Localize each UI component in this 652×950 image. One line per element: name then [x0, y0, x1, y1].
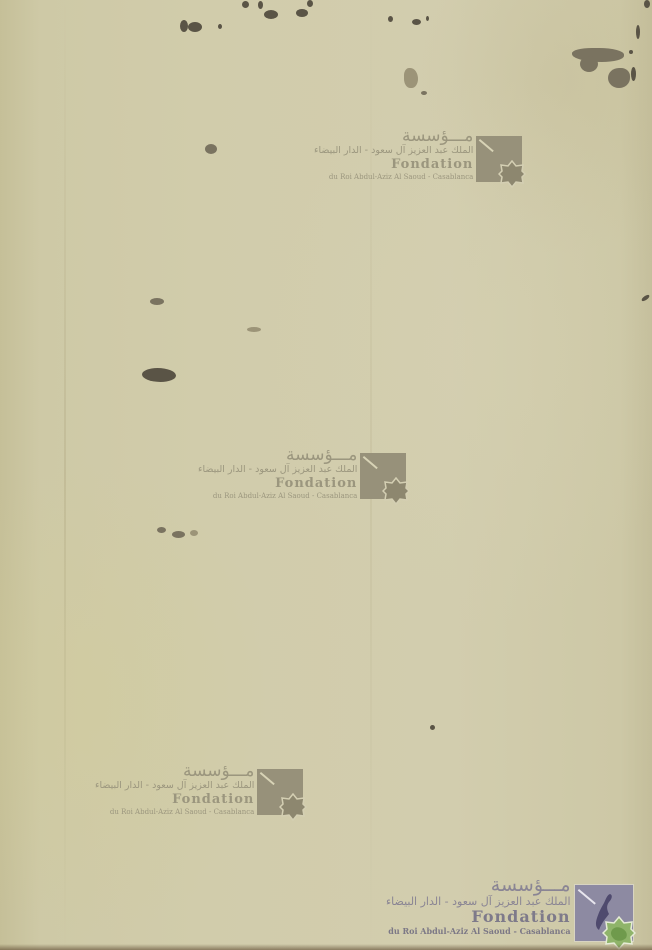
ink-stain [188, 22, 202, 32]
watermark-text: مـــؤسسة الملك عبد العزيز آل سعود - الدا… [198, 447, 357, 501]
watermark-lower: مـــؤسسة الملك عبد العزيز آل سعود - الدا… [95, 763, 305, 821]
ink-stain [644, 0, 650, 8]
water-stain [580, 56, 598, 72]
ink-stain [629, 50, 633, 54]
watermark-french-subtitle: du Roi Abdul-Aziz Al Saoud - Casablanca [329, 172, 473, 182]
watermark-french-subtitle: du Roi Abdul-Aziz Al Saoud - Casablanca [110, 807, 254, 817]
watermark-arabic-title: مـــؤسسة [402, 128, 473, 145]
watermark-french-subtitle: du Roi Abdul-Aziz Al Saoud - Casablanca [388, 926, 570, 937]
watermark-arabic-subtitle: الملك عبد العزيز آل سعود - الدار البيضاء [314, 145, 473, 157]
watermark-arabic-subtitle: الملك عبد العزيز آل سعود - الدار البيضاء [95, 780, 254, 792]
ink-stain [296, 9, 308, 17]
watermark-arabic-subtitle: الملك عبد العزيز آل سعود - الدار البيضاء [198, 464, 357, 476]
ink-stain [247, 327, 261, 332]
ink-stain [631, 67, 636, 81]
ink-stain [205, 144, 217, 154]
ink-stain [636, 25, 640, 39]
water-stain [404, 68, 418, 88]
watermark-arabic-title: مـــؤسسة [286, 447, 357, 464]
water-stain [608, 68, 630, 88]
ink-stain [258, 1, 263, 9]
manuscript-page: مـــؤسسة الملك عبد العزيز آل سعود - الدا… [0, 0, 652, 950]
ink-stain [218, 24, 222, 29]
ink-dot [430, 725, 435, 730]
foundation-logo-icon [574, 884, 634, 950]
watermark-french-title: Fondation [172, 792, 254, 807]
watermark-text: مـــؤسسة الملك عبد العزيز آل سعود - الدا… [95, 763, 254, 817]
ink-stain [150, 298, 164, 305]
ink-stain [157, 527, 166, 533]
ink-stain [388, 16, 393, 22]
page-bottom-edge [0, 944, 652, 950]
watermark-top: مـــؤسسة الملك عبد العزيز آل سعود - الدا… [314, 128, 524, 188]
watermark-french-title: Fondation [471, 908, 570, 926]
watermark-middle: مـــؤسسة الملك عبد العزيز آل سعود - الدا… [198, 447, 408, 505]
watermark-bottom-color: مـــؤسسة الملك عبد العزيز آل سعود - الدا… [386, 876, 634, 950]
ink-stain [307, 0, 313, 7]
watermark-french-subtitle: du Roi Abdul-Aziz Al Saoud - Casablanca [213, 491, 357, 501]
ink-stain [172, 531, 185, 538]
watermark-text: مـــؤسسة الملك عبد العزيز آل سعود - الدا… [386, 876, 571, 937]
ink-stain [421, 91, 427, 95]
ink-stain [264, 10, 278, 19]
ink-stain [180, 20, 188, 32]
paper-crease [64, 0, 66, 950]
ink-stain [426, 16, 429, 21]
ink-stain [412, 19, 421, 25]
foundation-logo-icon [360, 453, 408, 505]
watermark-arabic-title: مـــؤسسة [183, 763, 254, 780]
ink-stain [142, 368, 176, 382]
ink-stain [242, 1, 249, 8]
watermark-text: مـــؤسسة الملك عبد العزيز آل سعود - الدا… [314, 128, 473, 182]
ink-stain [641, 294, 651, 302]
watermark-arabic-title: مـــؤسسة [491, 876, 571, 895]
ink-stain [190, 530, 198, 536]
foundation-logo-icon [476, 136, 524, 188]
watermark-french-title: Fondation [391, 157, 473, 172]
watermark-french-title: Fondation [275, 476, 357, 491]
foundation-logo-icon [257, 769, 305, 821]
